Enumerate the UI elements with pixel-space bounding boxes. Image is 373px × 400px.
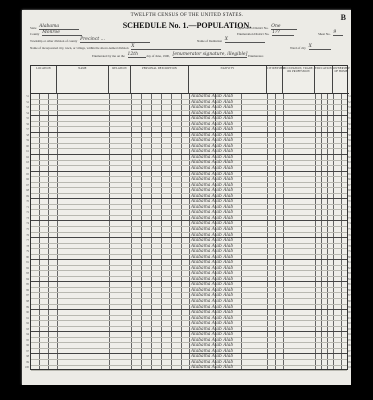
ward-value: X	[309, 44, 331, 50]
colgroup-location: LOCATION	[31, 66, 57, 94]
enumeration-line: Enumerated by me on the 12th day of June…	[92, 52, 264, 58]
census-title: TWELFTH CENSUS OF THE UNITED STATES.	[22, 13, 352, 18]
institution-field: Name of Institution X	[197, 37, 265, 43]
table-row: 100100Alabama Alab Alab	[31, 365, 347, 371]
enumerator-signature: [enumerator signature, illegible]	[173, 52, 248, 58]
colgroup-citizenship: CITIZENSHIP	[267, 66, 283, 94]
colgroup-occupation: OCCUPATION, TRADE, OR PROFESSION	[283, 66, 315, 94]
institution-value: X	[225, 37, 265, 43]
county-value: Monroe	[42, 30, 82, 36]
township-field: Township or other division of county Pre…	[30, 37, 150, 43]
sheet-field: Sheet No. 9	[318, 30, 343, 36]
colgroup-personal-description: PERSONAL DESCRIPTION	[131, 66, 189, 94]
colgroup-ownership: OWNERSHIP OF HOME	[333, 66, 349, 94]
sheet-value: 9	[333, 30, 343, 36]
enumeration-district-value: 1??	[272, 30, 294, 36]
scan-border-bottom	[0, 385, 373, 400]
line-number: 100	[22, 365, 29, 371]
township-value: Precinct ...	[80, 37, 150, 43]
colgroup-relation: RELATION	[109, 66, 131, 94]
county-field: County Monroe	[30, 30, 82, 36]
colgroup-name: NAME	[57, 66, 109, 94]
colgroup-nativity: NATIVITY	[189, 66, 267, 94]
population-table: LOCATION NAME RELATION PERSONAL DESCRIPT…	[30, 65, 348, 370]
city-value: X	[131, 44, 221, 50]
table-rows: 5151Alabama Alab Alab5252Alabama Alab Al…	[31, 94, 347, 369]
enumeration-district-field: Enumeration District No. 1??	[237, 30, 294, 36]
scan-border-right	[351, 0, 373, 400]
city-field: Name of incorporated city, town, or vill…	[30, 44, 221, 50]
nativity-entry: Alabama Alab Alab	[191, 365, 233, 371]
ward-field: Ward of city X	[290, 44, 331, 50]
census-page: B TWELFTH CENSUS OF THE UNITED STATES. S…	[22, 10, 352, 385]
enumerated-day: 12th	[128, 52, 146, 58]
colgroup-education: EDUCATION	[315, 66, 333, 94]
